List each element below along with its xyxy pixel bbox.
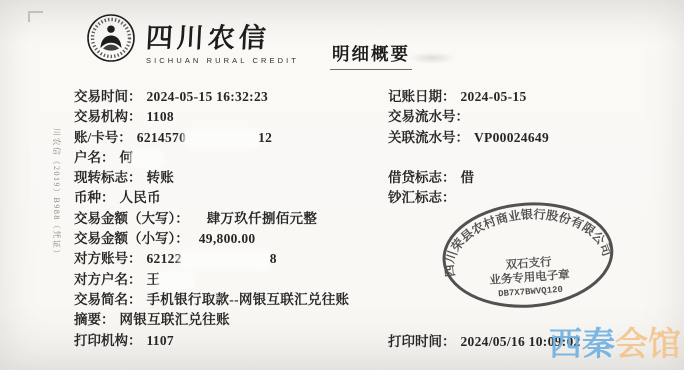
form-number-vertical: 川农信（2019）B988（凭证） xyxy=(51,128,62,259)
field-label: 现转标志： xyxy=(74,170,142,185)
watermark-char: 会 xyxy=(615,327,648,360)
bank-logo: 四川农信 SICHUAN RURAL CREDIT xyxy=(86,13,299,68)
left-field-column: 交易时间：2024-05-15 16:32:23 交易机构：1108 账/卡号：… xyxy=(74,87,396,351)
field-value: 转账 xyxy=(147,170,175,185)
field-row-currency: 币种：人民币 xyxy=(74,188,396,208)
field-row-transaction-serial: 交易流水号： xyxy=(388,107,648,127)
field-row-cash-transfer-flag: 现转标志：转账 xyxy=(74,168,396,188)
field-value: VP00024649 xyxy=(474,130,549,145)
field-label: 币种： xyxy=(74,190,115,205)
field-label: 交易机构： xyxy=(74,109,142,124)
field-value: 6214570 xyxy=(137,130,186,145)
bank-seal-stamp: 四川荣县农村商业银行股份有限公司 双石支行 业务专用电子章 DB7X7BWVQ1… xyxy=(435,193,623,319)
seal-purpose-text: 业务专用电子章 xyxy=(489,267,571,287)
field-value: 何 xyxy=(120,150,134,165)
field-value: 借 xyxy=(461,170,475,185)
field-label: 摘要： xyxy=(74,312,115,327)
column-spacer xyxy=(388,148,648,168)
field-row-amount-words: 交易金额（大写）：肆万玖仟捌佰元整 xyxy=(74,209,396,229)
bank-logo-text: 四川农信 SICHUAN RURAL CREDIT xyxy=(146,16,299,65)
field-label: 打印机构： xyxy=(74,333,142,348)
receipt-paper: 四川农信 SICHUAN RURAL CREDIT 明细概要 川农信（2019）… xyxy=(0,0,684,370)
seal-code: DB7X7BWVQ120 xyxy=(498,285,563,299)
field-label: 交易金额（大写）： xyxy=(74,211,189,226)
field-label: 对方账号： xyxy=(74,251,142,266)
field-value: 手机银行取款--网银互联汇兑往账 xyxy=(147,292,350,307)
field-label: 对方户名： xyxy=(74,272,142,287)
field-label: 记账日期： xyxy=(388,89,456,104)
field-label: 钞汇标志： xyxy=(388,190,456,205)
field-value: 2024-05-15 16:32:23 xyxy=(147,89,269,104)
field-label: 交易简名： xyxy=(74,292,142,307)
document-title: 明细概要 xyxy=(330,41,412,70)
field-row-related-serial: 关联流水号：VP00024649 xyxy=(388,128,648,148)
seal-branch-name: 双石支行 xyxy=(505,254,552,271)
field-row-amount-figures: 交易金额（小写）：49,800.00 xyxy=(74,229,396,249)
scan-smudge xyxy=(408,52,456,64)
field-value: 人民币 xyxy=(120,190,161,205)
right-field-column: 记账日期：2024-05-15 交易流水号： 关联流水号：VP00024649 … xyxy=(388,87,648,209)
field-value: 12 xyxy=(258,130,272,145)
bank-name-en: SICHUAN RURAL CREDIT xyxy=(146,56,299,65)
field-value: 8 xyxy=(270,251,277,266)
field-row-card-number: 账/卡号：621457012 xyxy=(74,128,396,148)
field-value: 肆万玖仟捌佰元整 xyxy=(207,211,317,226)
field-row-counterparty-name: 对方户名：王 xyxy=(74,270,396,290)
watermark-char: 馆 xyxy=(648,327,681,360)
field-value: 62122 xyxy=(147,251,182,266)
redaction-blur xyxy=(161,274,191,287)
field-label: 交易金额（小写）： xyxy=(74,231,189,246)
field-label: 借贷标志： xyxy=(388,170,456,185)
field-label: 账/卡号： xyxy=(74,130,132,145)
redaction-blur xyxy=(183,254,269,267)
field-row-account-name: 户名：何 xyxy=(74,148,396,168)
redaction-blur xyxy=(187,132,257,145)
watermark-char: 秦 xyxy=(582,327,615,360)
field-value: 49,800.00 xyxy=(199,231,256,246)
watermark-char: 西 xyxy=(549,327,582,360)
field-row-print-branch: 打印机构：1107 xyxy=(74,331,396,351)
bank-emblem-icon xyxy=(86,13,136,68)
field-value: 1107 xyxy=(147,333,174,348)
bank-name-cn: 四川农信 xyxy=(145,16,300,55)
field-row-transaction-branch: 交易机构：1108 xyxy=(74,107,396,127)
field-label: 交易时间： xyxy=(74,89,142,104)
field-value: 2024-05-15 xyxy=(461,89,527,104)
field-value: 1108 xyxy=(147,109,174,124)
scan-corner-mark xyxy=(28,11,43,22)
field-value: 王 xyxy=(147,272,161,287)
field-label: 交易流水号： xyxy=(388,109,469,124)
redaction-blur xyxy=(134,152,160,165)
field-value: 网银互联汇兑往账 xyxy=(120,312,230,327)
field-row-summary: 摘要：网银互联汇兑往账 xyxy=(74,310,396,330)
field-row-counterparty-account: 对方账号：621228 xyxy=(74,249,396,269)
field-row-debit-credit-flag: 借贷标志：借 xyxy=(388,168,648,188)
field-label: 打印时间： xyxy=(388,334,456,349)
field-row-booking-date: 记账日期：2024-05-15 xyxy=(388,87,648,107)
field-row-transaction-time: 交易时间：2024-05-15 16:32:23 xyxy=(74,87,396,107)
site-watermark: 西 秦 会 馆 xyxy=(549,327,681,360)
field-label: 关联流水号： xyxy=(388,130,469,145)
field-row-transaction-short-name: 交易简名：手机银行取款--网银互联汇兑往账 xyxy=(74,290,396,310)
field-label: 户名： xyxy=(74,150,115,165)
